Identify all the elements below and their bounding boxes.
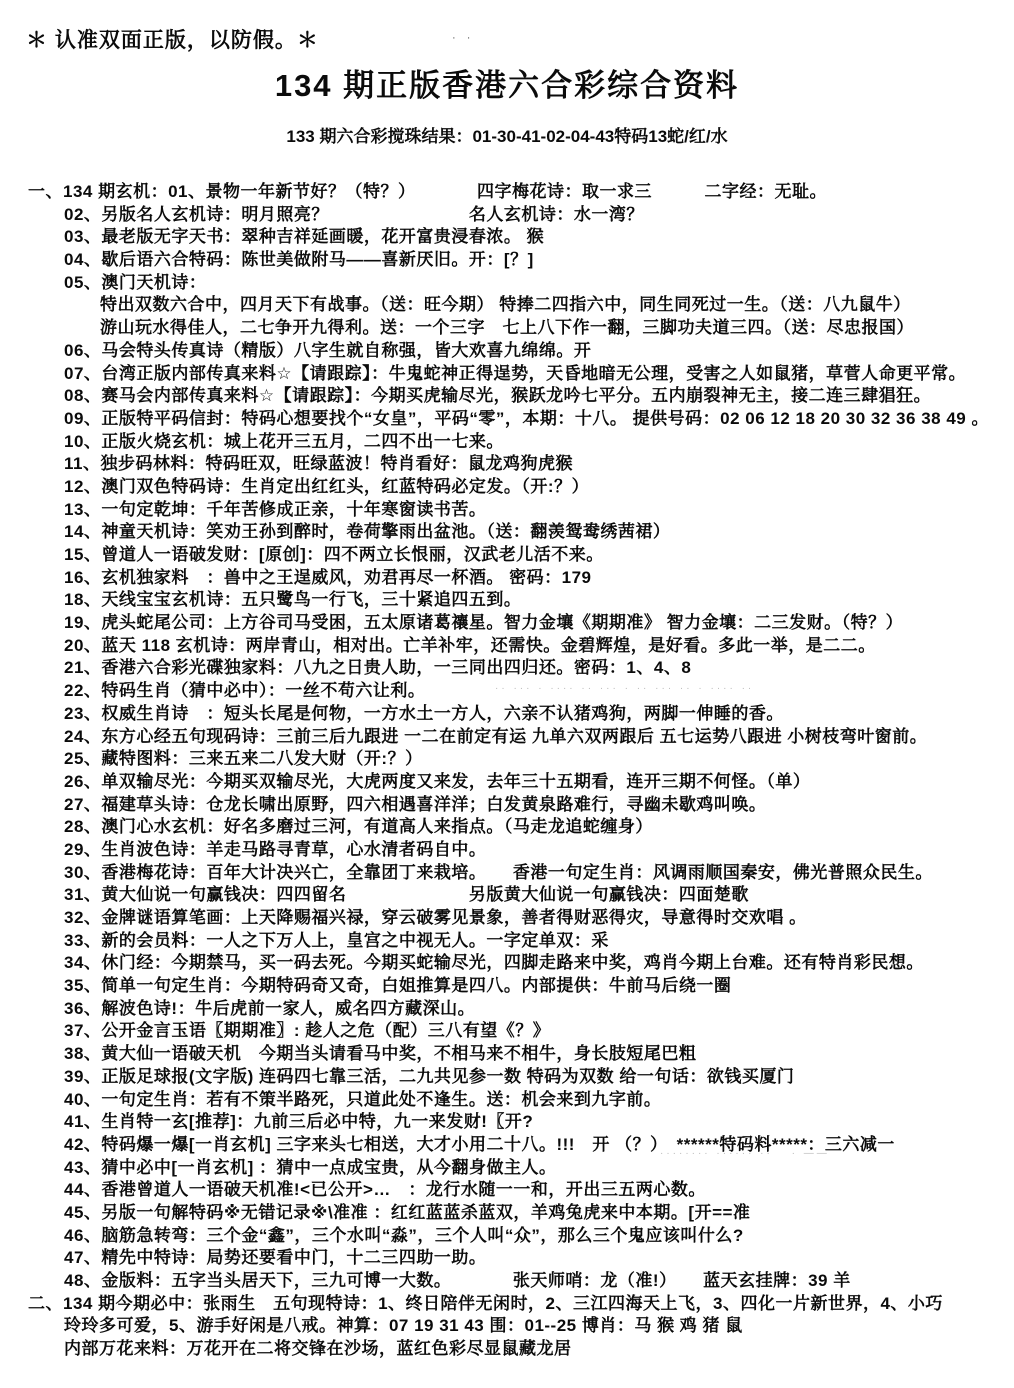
text-line: 27、福建草头诗：仓龙长啸出原野，四六相遇喜洋洋；白发黄泉路难行，寻幽未歇鸡叫唤… [0,794,1014,817]
text-line: 35、简单一句定生肖：今期特码奇又奇，白姐推算是四八。内部提供：牛前马后绕一圈 [0,975,1014,998]
text-line: 15、曾道人一语破发财：[原创]：四不两立长恨丽，汉武老儿活不来。 [0,544,1014,567]
text-line: 07、台湾正版内部传真来料☆【请跟踪】：牛鬼蛇神正得逞势，天昏地暗无公理，受害之… [0,363,1014,386]
text-line: 31、黄大仙说一句赢钱决：四四留名 另版黄大仙说一句赢钱决：四面楚歌 [0,884,1014,907]
text-line: 24、东方心经五句现码诗：三前三后九跟进 一二在前定有运 九单六双两跟后 五七运… [0,726,1014,749]
text-line: 32、金牌谜语算笔画：上天降赐福兴禄，穿云破雾见景象，善者得财恶得灾，导意得时交… [0,907,1014,930]
text-line: 48、金版料：五字当头居天下，三九可博一大数。 张天师哨：龙（准!） 蓝天玄挂牌… [0,1270,1014,1293]
text-line: 41、生肖特一玄[推荐]：九前三后必中特，九一来发财!〖开? [0,1111,1014,1134]
text-line: 二、134 期今期必中：张雨生 五句现特诗：1、终日陪伴无闲时，2、三江四海天上… [0,1293,1014,1316]
page-title: 134 期正版香港六合彩综合资料 [0,60,1014,105]
text-line: 16、玄机独家料 ：兽中之王逞威风，劝君再尽一杯酒。 密码：179 [0,567,1014,590]
text-line: 45、另版一句解特码※无错记录※\准准 ：红红蓝蓝杀蓝双，羊鸡兔虎来中本期。[开… [0,1202,1014,1225]
text-line: 11、独步码林料：特码旺双，旺绿蓝波！特肖看好：鼠龙鸡狗虎猴 [0,453,1014,476]
text-line: 游山玩水得佳人，二七争开九得利。送：一个三字 七上八下作一翻，三脚功夫道三四。（… [0,317,1014,340]
text-line: 08、赛马会内部传真来料☆【请跟踪】：今期买虎输尽光，猴跃龙吟七平分。五内崩裂神… [0,385,1014,408]
draw-result-subtitle: 133 期六合彩搅珠结果：01-30-41-02-04-43特码13蛇/红/水 [0,122,1014,147]
text-line: 05、澳门天机诗： [0,272,1014,295]
text-line: 18、天线宝宝玄机诗：五只鹭鸟一行飞，三十紧追四五到。 [0,589,1014,612]
text-line: 38、黄大仙一语破天机 今期当头请看马中奖，不相马来不相牛，身长肢短尾巴粗 [0,1043,1014,1066]
text-line: 04、歇后语六合特码：陈世美做附马——喜新厌旧。开：[？] [0,249,1014,272]
text-line: 10、正版火烧玄机：城上花开三五月，二四不出一七来。 [0,431,1014,454]
text-line: 特出双数六合中，四月天下有战事。（送：旺今期） 特捧二四指六中，同生同死过一生。… [0,294,1014,317]
text-line: 26、单双输尽光：今期买双输尽光，大虎两度又来发，去年三十五期看，连开三期不何怪… [0,771,1014,794]
stray-dot-marks: · · [452,32,474,44]
text-line: 一、134 期玄机：01、景物一年新节好？（特？） 四字梅花诗：取一求三 二字经… [0,181,1014,204]
text-line: 内部万花来料：万花开在二将交锋在沙场，蓝红色彩尽显鼠藏龙居 [0,1338,1014,1361]
text-line: 23、权威生肖诗 ：短头长尾是何物，一方水土一方人，六亲不认猪鸡狗，两脚一伸睡的… [0,703,1014,726]
text-line: 40、一句定生肖：若有不策半路死，只道此处不逢生。送：机会来到九字前。 [0,1089,1014,1112]
authenticity-notice: ＊ 认准双面正版，以防假。＊ [26,24,319,54]
text-line: 20、蓝天 118 玄机诗：两岸青山，相对出。亡羊补牢，还需快。金碧辉煌，是好看… [0,635,1014,658]
text-line: 36、解波色诗!：牛后虎前一家人，威名四方藏深山。 [0,998,1014,1021]
text-line: 37、公开金言玉语〖期期准〗: 趁人之危（配）三八有望《？》 [0,1020,1014,1043]
text-line: 玲玲多可爱，5、游手好闲是八戒。神算：07 19 31 43 围：01--25 … [0,1315,1014,1338]
text-line: 12、澳门双色特码诗：生肖定出红红头，红蓝特码必定发。（开:？） [0,476,1014,499]
text-line: 02、另版名人玄机诗：明月照亮？ 名人玄机诗：水一湾？ [0,204,1014,227]
text-line: 03、最老版无字天书：翠种吉祥延画暖，花开富贵浸春浓。 猴 [0,226,1014,249]
bleed-through-artifact: ·· ··· · ···· ·· ··· · ·· ··· ·· · ···· … [495,683,1014,694]
text-line: 25、藏特图料：三来五来二八发大财（开:？） [0,748,1014,771]
text-line: 44、香港曾道人一语破天机准!<已公开>… ：龙行水随一一和，开出三五两心数。 [0,1179,1014,1202]
text-line: 47、精先中特诗：局势还要看中门，十二三四助一助。 [0,1247,1014,1270]
text-line: 13、一句定乾坤：千年苦修成正亲，十年寒窗读书苦。 [0,499,1014,522]
text-line: 06、马会特头传真诗（精版）八字生就自称强，皆大欢喜九绵绵。开 [0,340,1014,363]
text-line: 34、休门经：今期禁马，买一码去死。今期买蛇输尽光，四脚走路来中奖，鸡肖今期上台… [0,952,1014,975]
text-line: 46、脑筋急转弯：三个金“鑫”，三个水叫“淼”，三个人叫“众”，那么三个鬼应该叫… [0,1225,1014,1248]
text-line: 28、澳门心水玄机：好名多磨过三河，有道高人来指点。（马走龙追蛇缠身） [0,816,1014,839]
text-line: 30、香港梅花诗：百年大计决兴亡，全靠团丁来栽培。 香港一句定生肖：风调雨顺国秦… [0,862,1014,885]
text-line: 09、正版特平码信封：特码心想要找个“女皇”，平码“零”，本期：十八。 提供号码… [0,408,1014,431]
content-lines: 一、134 期玄机：01、景物一年新节好？（特？） 四字梅花诗：取一求三 二字经… [0,181,1014,1361]
text-line: 29、生肖波色诗：羊走马路寻青草，心水清者码自中。 [0,839,1014,862]
text-line: 33、新的会员料：一人之下万人上，皇宫之中视无人。一字定单双：采 [0,930,1014,953]
document-page: ＊ 认准双面正版，以防假。＊ · · 134 期正版香港六合彩综合资料 133 … [0,0,1014,1388]
text-line: 39、正版足球报(文字版) 连码四七靠三活，二九共见参一数 特码为双数 给一句话… [0,1066,1014,1089]
text-line: 43、猜中必中[一肖玄机] ：猜中一点成宝贵，从今翻身做主人。 [0,1157,1014,1180]
text-line: 21、香港六合彩光碟独家料：八九之日贵人助，一三同出四归还。密码：1、4、8 [0,657,1014,680]
bleed-through-artifact: ········ ······ ·· · —— [660,1144,980,1159]
text-line: 14、神童天机诗：笑劝王孙到醉时，卷荷擎雨出盆池。（送：翻羡鸳鸯绣茜裙） [0,521,1014,544]
text-line: 19、虎头蛇尾公司：上方谷司马受困，五太原诸葛禳星。智力金壤《期期准》 智力金壤… [0,612,1014,635]
